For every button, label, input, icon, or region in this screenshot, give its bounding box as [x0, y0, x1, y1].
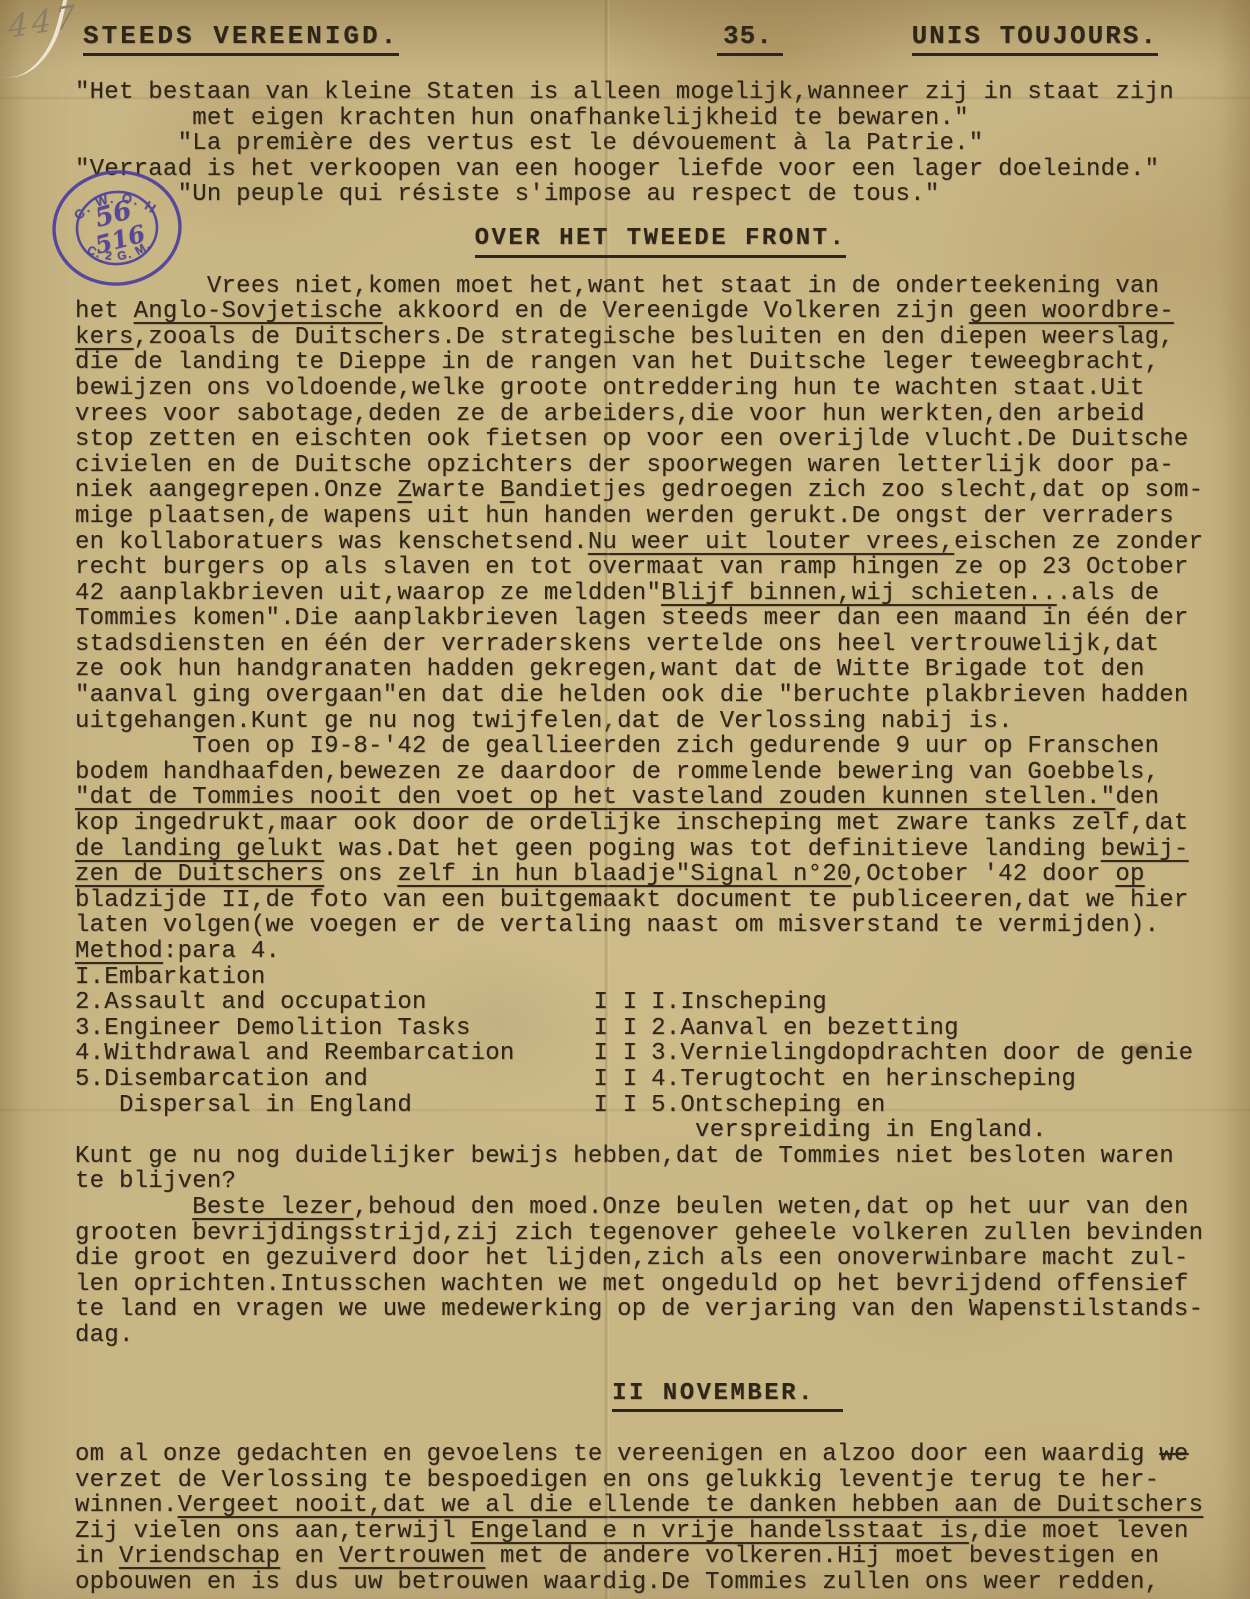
text-line: kop ingedrukt,maar ook door de ordelijke…: [75, 811, 1210, 837]
text-line: mige plaatsen,de wapens uit hun handen w…: [75, 504, 1210, 530]
list-row: 4.Withdrawal and ReembarcationI I 3.Vern…: [75, 1041, 1210, 1067]
page-number: 35.: [717, 24, 783, 56]
section-heading-wrap: OVER HET TWEEDE FRONT.: [75, 226, 1210, 258]
paragraph-2: Toen op I9-8-'42 de geallieerden zich ge…: [75, 734, 1210, 964]
paragraph-3: Kunt ge nu nog duidelijker bewijs hebben…: [75, 1144, 1210, 1349]
text-line: te blijven?: [75, 1169, 1210, 1195]
list-row: verspreiding in England.: [75, 1118, 1210, 1144]
text-line: de landing gelukt was.Dat het geen pogin…: [75, 837, 1210, 863]
masthead: STEEDS VEREENIGD. 35. UNIS TOUJOURS.: [75, 24, 1210, 56]
text-line: "Un peuple qui résiste s'impose au respe…: [75, 182, 1210, 208]
text-line: Beste lezer,behoud den moed.Onze beulen …: [75, 1195, 1210, 1221]
text-line: opbouwen en is dus uw betrouwen waardig.…: [75, 1570, 1210, 1596]
list-row: 5.Disembarcation andI I 4.Terugtocht en …: [75, 1067, 1210, 1093]
masthead-title-dutch: STEEDS VEREENIGD.: [83, 24, 399, 56]
text-line: vrees voor sabotage,deden ze de arbeider…: [75, 402, 1210, 428]
text-line: "La première des vertus est le dévouemen…: [75, 131, 1210, 157]
list-row: Dispersal in EnglandI I 5.Ontscheping en: [75, 1093, 1210, 1119]
text-line: ze ook hun handgranaten hadden gekregen,…: [75, 657, 1210, 683]
text-line: Method:para 4.: [75, 939, 1210, 965]
text-line: kers,zooals de Duitschers.De strategisch…: [75, 325, 1210, 351]
text-line: en kollaboratuers was kenschetsend.Nu we…: [75, 530, 1210, 556]
document-page: 447 STEEDS VEREENIGD. 35. UNIS TOUJOURS.…: [0, 0, 1250, 1599]
text-line: stadsdiensten en één der verraderskens v…: [75, 632, 1210, 658]
text-line: stop zetten en eischten ook fietsen op v…: [75, 427, 1210, 453]
list-row: I.Embarkation: [75, 965, 1210, 991]
text-line: winnen.Vergeet nooit,dat we al die ellen…: [75, 1493, 1210, 1519]
second-heading-wrap: II NOVEMBER.: [75, 1381, 1210, 1413]
list-row: 3.Engineer Demolition TasksI I 2.Aanval …: [75, 1016, 1210, 1042]
list-row: 2.Assault and occupationI I I.Inscheping: [75, 990, 1210, 1016]
text-line: met eigen krachten hun onafhankelijkheid…: [75, 106, 1210, 132]
text-line: bewijzen ons voldoende,welke groote ontr…: [75, 376, 1210, 402]
text-line: die de landing te Dieppe in de rangen va…: [75, 350, 1210, 376]
text-line: civielen en de Duitsche opzichters der s…: [75, 453, 1210, 479]
text-line: 42 aanplakbrieven uit,waarop ze meldden"…: [75, 581, 1210, 607]
epigraph-quotes: "Het bestaan van kleine Staten is alleen…: [75, 80, 1210, 208]
archive-stamp: C. W. O. II C. 2 G. M. 56 516: [45, 162, 189, 293]
text-line: "Het bestaan van kleine Staten is alleen…: [75, 80, 1210, 106]
text-line: te land en vragen we uwe medewerking op …: [75, 1297, 1210, 1323]
second-heading: II NOVEMBER.: [612, 1381, 843, 1413]
text-line: laten volgen(we voegen er de vertaling n…: [75, 913, 1210, 939]
section-heading: OVER HET TWEEDE FRONT.: [475, 226, 847, 258]
text-line: Vrees niet,komen moet het,want het staat…: [75, 274, 1210, 300]
text-line: het Anglo-Sovjetische akkoord en de Vere…: [75, 299, 1210, 325]
text-line: Zij vielen ons aan,terwijl Engeland e n …: [75, 1519, 1210, 1545]
text-line: grooten bevrijdingsstrijd,zij zich tegen…: [75, 1221, 1210, 1247]
text-line: verzet de Verlossing te bespoedigen en o…: [75, 1468, 1210, 1494]
text-line: recht burgers op als slaven en tot overm…: [75, 555, 1210, 581]
text-line: bladzijde II,de foto van een buitgemaakt…: [75, 888, 1210, 914]
handwritten-page-number: 447: [8, 4, 79, 41]
text-line: "Verraad is het verkoopen van een hooger…: [75, 157, 1210, 183]
paragraph-1: Vrees niet,komen moet het,want het staat…: [75, 274, 1210, 735]
text-line: die groot en gezuiverd door het lijden,z…: [75, 1246, 1210, 1272]
text-line: niek aangegrepen.Onze Zwarte Bandietjes …: [75, 478, 1210, 504]
text-line: dag.: [75, 1323, 1210, 1349]
text-line: in Vriendschap en Vertrouwen met de ande…: [75, 1544, 1210, 1570]
text-line: bodem handhaafden,bewezen ze daardoor de…: [75, 760, 1210, 786]
text-line: om al onze gedachten en gevoelens te ver…: [75, 1442, 1210, 1468]
text-line: len oprichten.Intusschen wachten we met …: [75, 1272, 1210, 1298]
text-line: Toen op I9-8-'42 de geallieerden zich ge…: [75, 734, 1210, 760]
text-line: "aanval ging overgaan"en dat die helden …: [75, 683, 1210, 709]
paragraph-4: om al onze gedachten en gevoelens te ver…: [75, 1442, 1210, 1596]
masthead-title-french: UNIS TOUJOURS.: [912, 24, 1158, 56]
text-line: Kunt ge nu nog duidelijker bewijs hebben…: [75, 1144, 1210, 1170]
text-line: zen de Duitschers ons zelf in hun blaadj…: [75, 862, 1210, 888]
text-line: "dat de Tommies nooit den voet op het va…: [75, 785, 1210, 811]
text-line: Tommies komen".Die aanplakbrieven lagen …: [75, 606, 1210, 632]
text-line: uitgehangen.Kunt ge nu nog twijfelen,dat…: [75, 709, 1210, 735]
method-two-column-list: I.Embarkation2.Assault and occupationI I…: [75, 965, 1210, 1144]
